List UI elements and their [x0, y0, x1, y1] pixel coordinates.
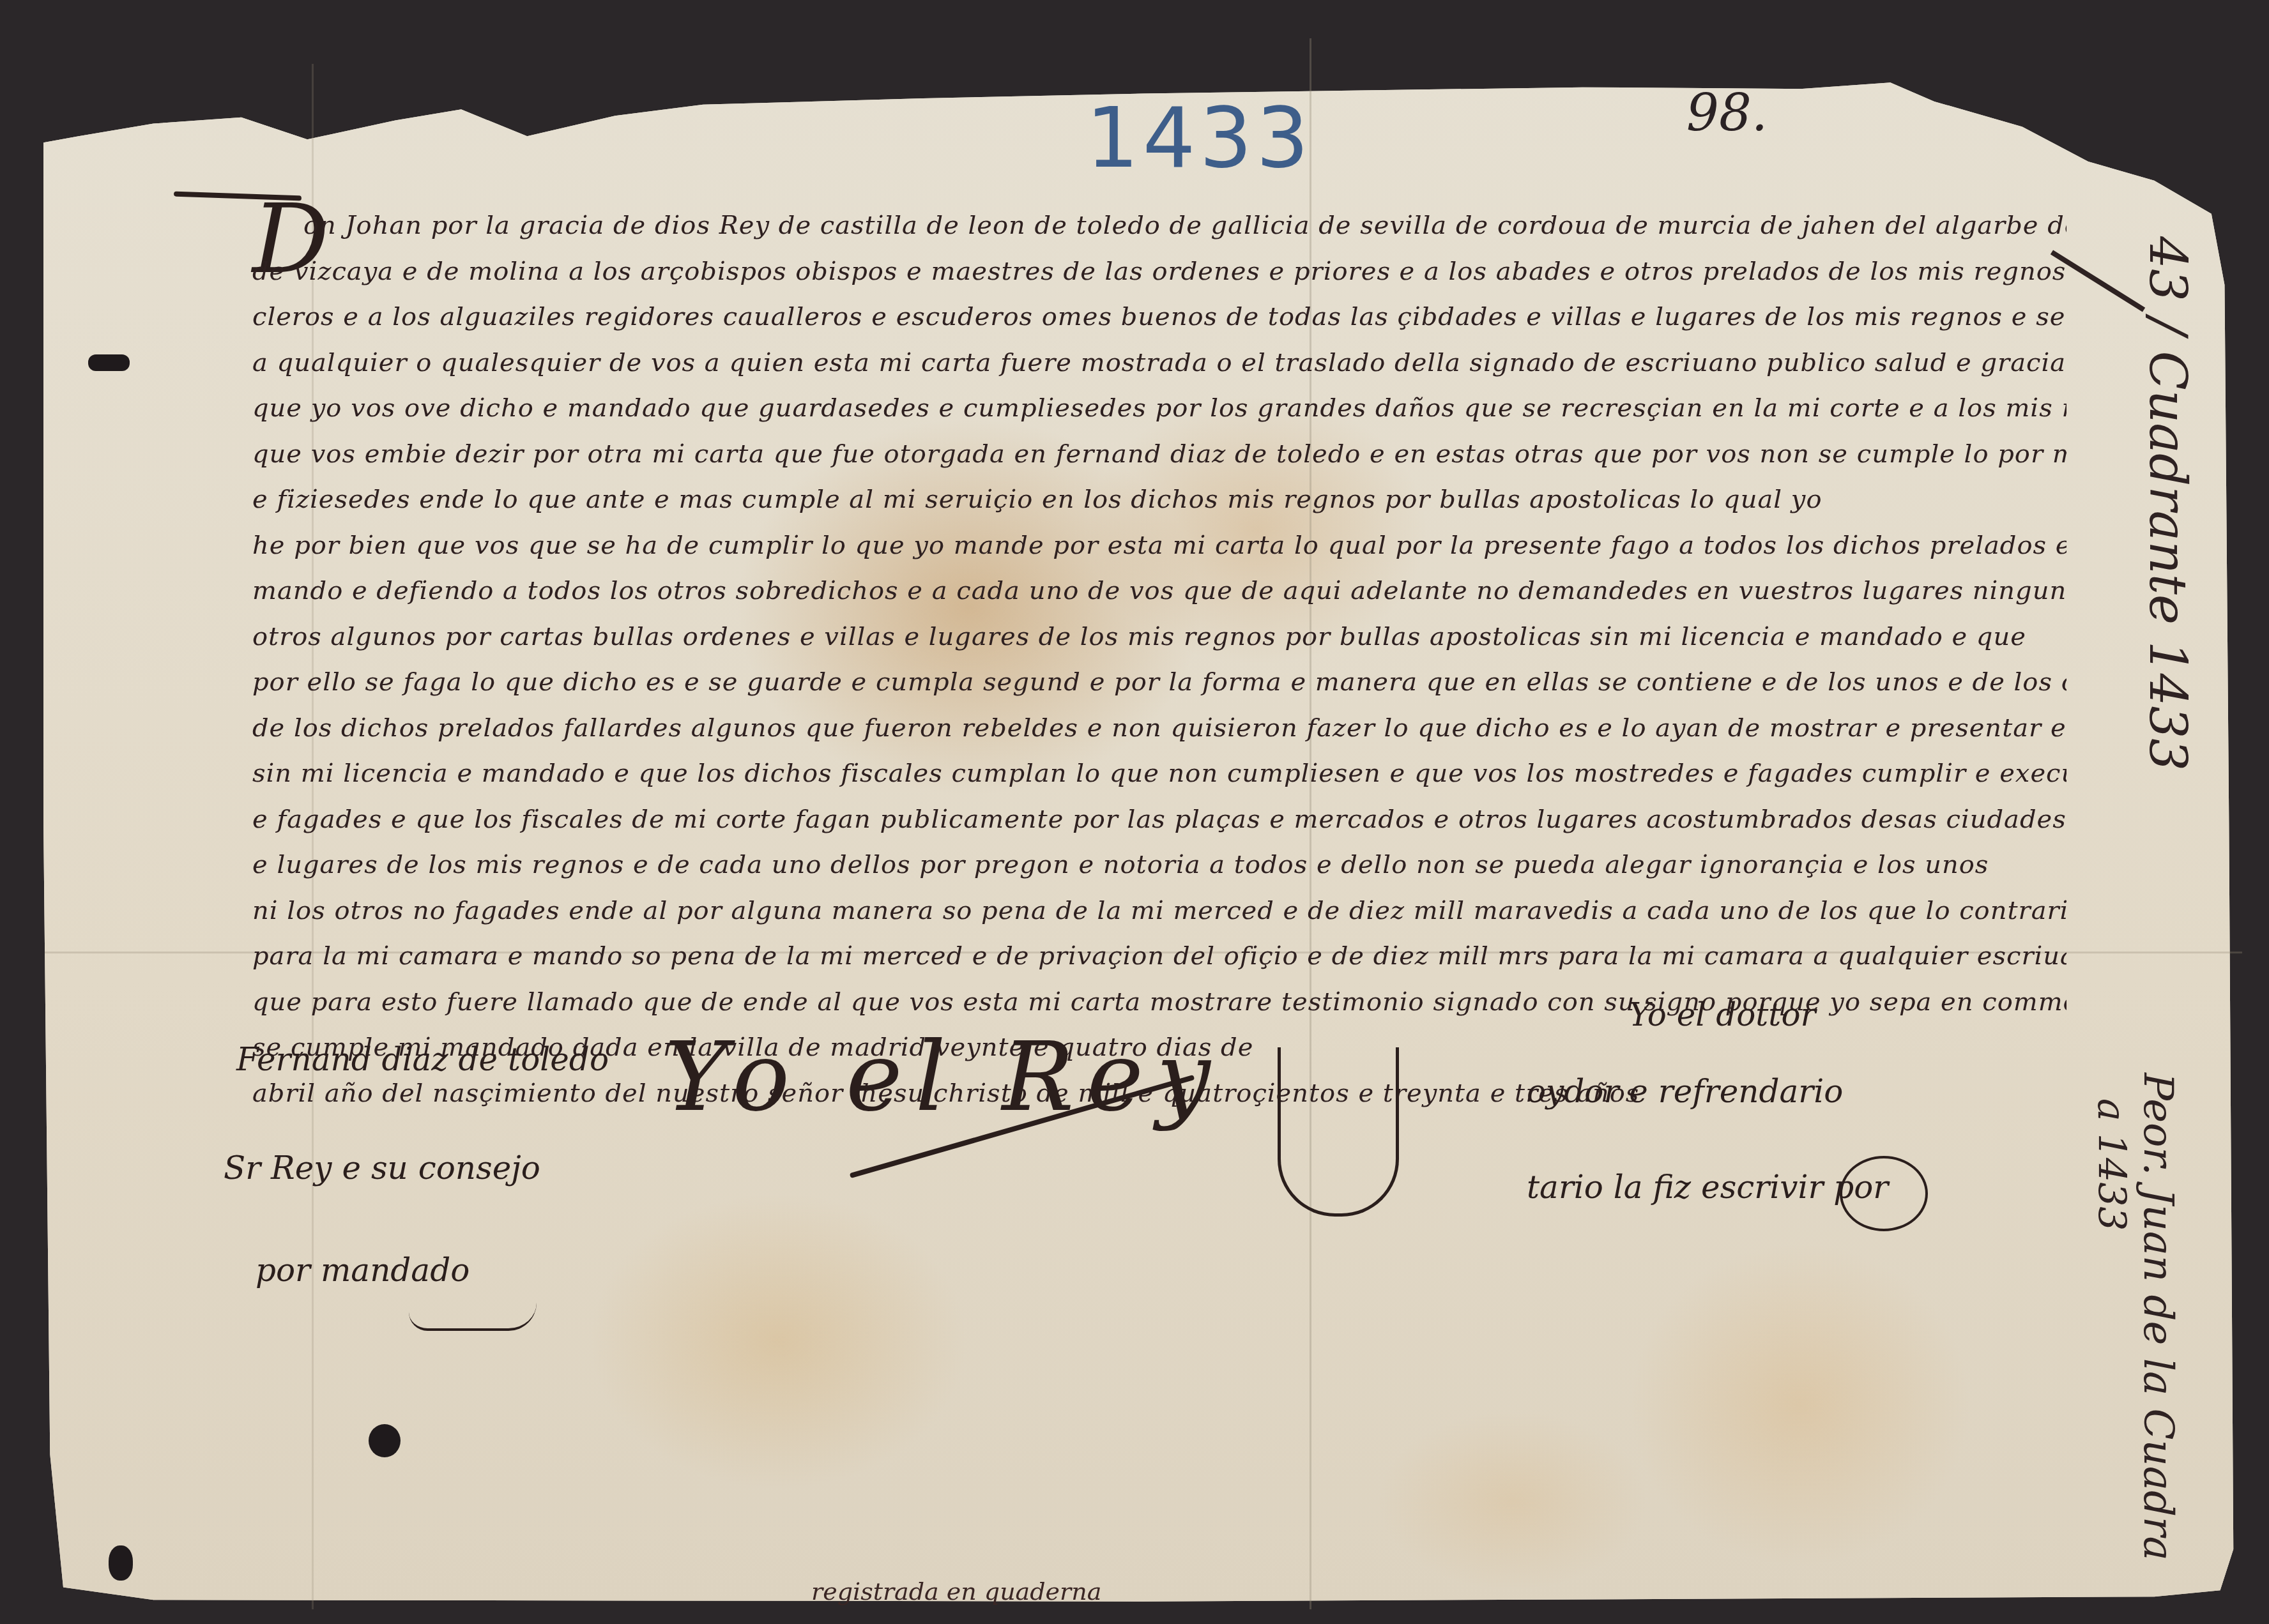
text-line: cleros e a los alguaziles regidores caua… [252, 294, 2067, 340]
text-line: que yo vos ove dicho e mandado que guard… [252, 386, 2067, 432]
folio-number: 98. [1686, 83, 1768, 142]
text-line: ni los otros no fagades ende al por algu… [252, 888, 2067, 934]
margin-annotation-bottom-2: a 1433 [2089, 1098, 2134, 1231]
ink-blot [88, 354, 130, 371]
royal-signature: Yo el Rey [664, 1022, 1223, 1133]
margin-annotation-bottom-1: Peor. Juan de la Cuadra [2134, 1073, 2181, 1561]
signature-right-line-3: tario la fiz escrivir por [1527, 1169, 1888, 1206]
text-line: e fagades e que los fiscales de mi corte… [252, 797, 2067, 843]
text-line: he por bien que vos que se ha de cumplir… [252, 523, 2067, 569]
text-line: e fiziesedes ende lo que ante e mas cump… [252, 477, 2067, 523]
archive-number: 1433 [1086, 89, 1313, 186]
signature-left-line-2: Sr Rey e su consejo [224, 1150, 540, 1187]
royal-signature-loop [1278, 1047, 1399, 1217]
ink-blot [369, 1424, 401, 1457]
text-line: de vizcaya e de molina a los arçobispos … [252, 249, 2067, 295]
signature-flourish [409, 1303, 537, 1331]
signature-right-line-1: Yo el dottor [1629, 996, 1815, 1033]
text-line: que vos embie dezir por otra mi carta qu… [252, 432, 2067, 478]
text-line: on Johan por la gracia de dios Rey de ca… [252, 203, 2067, 249]
signature-left-line-1: Fernand diaz de toledo [236, 1041, 609, 1078]
text-line: de los dichos prelados fallardes algunos… [252, 706, 2067, 752]
text-line: para la mi camara e mando so pena de la … [252, 934, 2067, 980]
text-line: a qualquier o qualesquier de vos a quien… [252, 340, 2067, 386]
margin-annotation-top: 43 / Cuadrante 1433 [2138, 236, 2197, 771]
ink-blot [109, 1545, 133, 1581]
circled-abbreviation-mark [1840, 1156, 1928, 1231]
text-line: por ello se faga lo que dicho es e se gu… [252, 660, 2067, 706]
registry-note: registrada en quaderna [811, 1577, 1101, 1605]
text-line: mando e defiendo a todos los otros sobre… [252, 568, 2067, 614]
main-text-block: on Johan por la gracia de dios Rey de ca… [252, 203, 2067, 1116]
text-line: otros algunos por cartas bullas ordenes … [252, 614, 2067, 660]
text-line: sin mi licencia e mandado e que los dich… [252, 751, 2067, 797]
signature-right-line-2: oydor e refrendario [1527, 1073, 1843, 1110]
text-line: e lugares de los mis regnos e de cada un… [252, 842, 2067, 888]
signature-left-line-3: por mandado [256, 1252, 470, 1289]
